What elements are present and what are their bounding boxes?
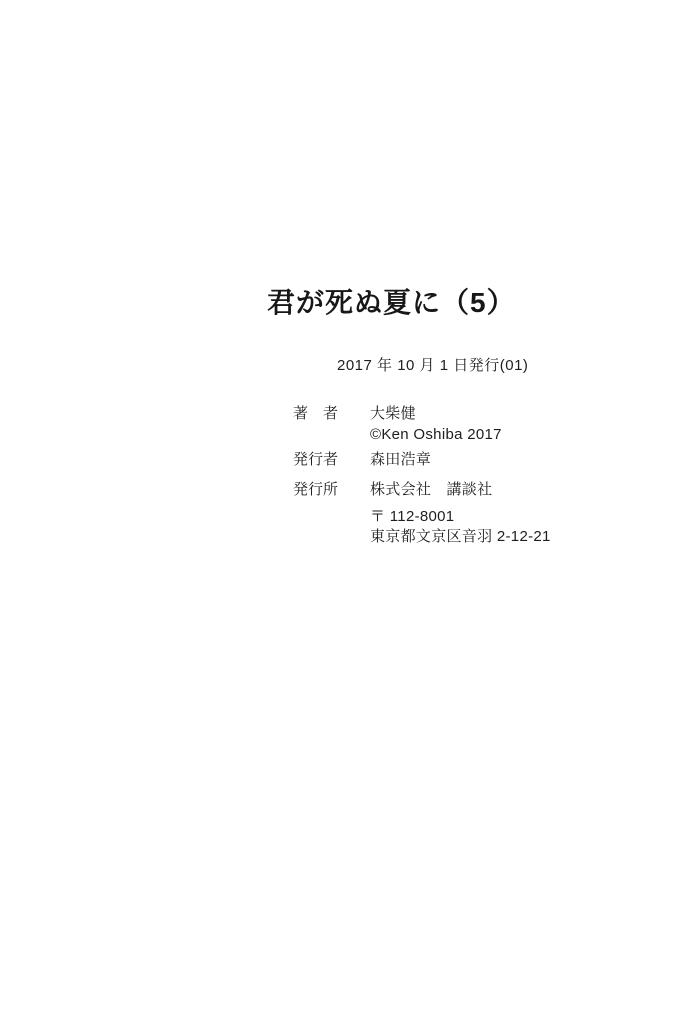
copyright-notice: ©Ken Oshiba 2017 [370,427,502,442]
colophon-page: 君が死ぬ夏に（5） 2017 年 10 月 1 日発行(01) 著 者 大柴健 … [0,0,685,1024]
issue-date-line: 2017 年 10 月 1 日発行(01) [337,358,528,373]
publishing-house-postal-code: 〒 112-8001 [370,509,454,524]
publisher-name: 森田浩章 [370,452,431,467]
author-label: 著 者 [293,406,343,421]
publishing-house-label: 発行所 [293,482,343,497]
book-title: 君が死ぬ夏に（5） [267,289,516,317]
publishing-house-address: 東京都文京区音羽 2-12-21 [370,529,551,544]
publisher-label: 発行者 [293,452,343,467]
publishing-house-name: 株式会社 講談社 [370,482,492,497]
author-name: 大柴健 [370,406,416,421]
